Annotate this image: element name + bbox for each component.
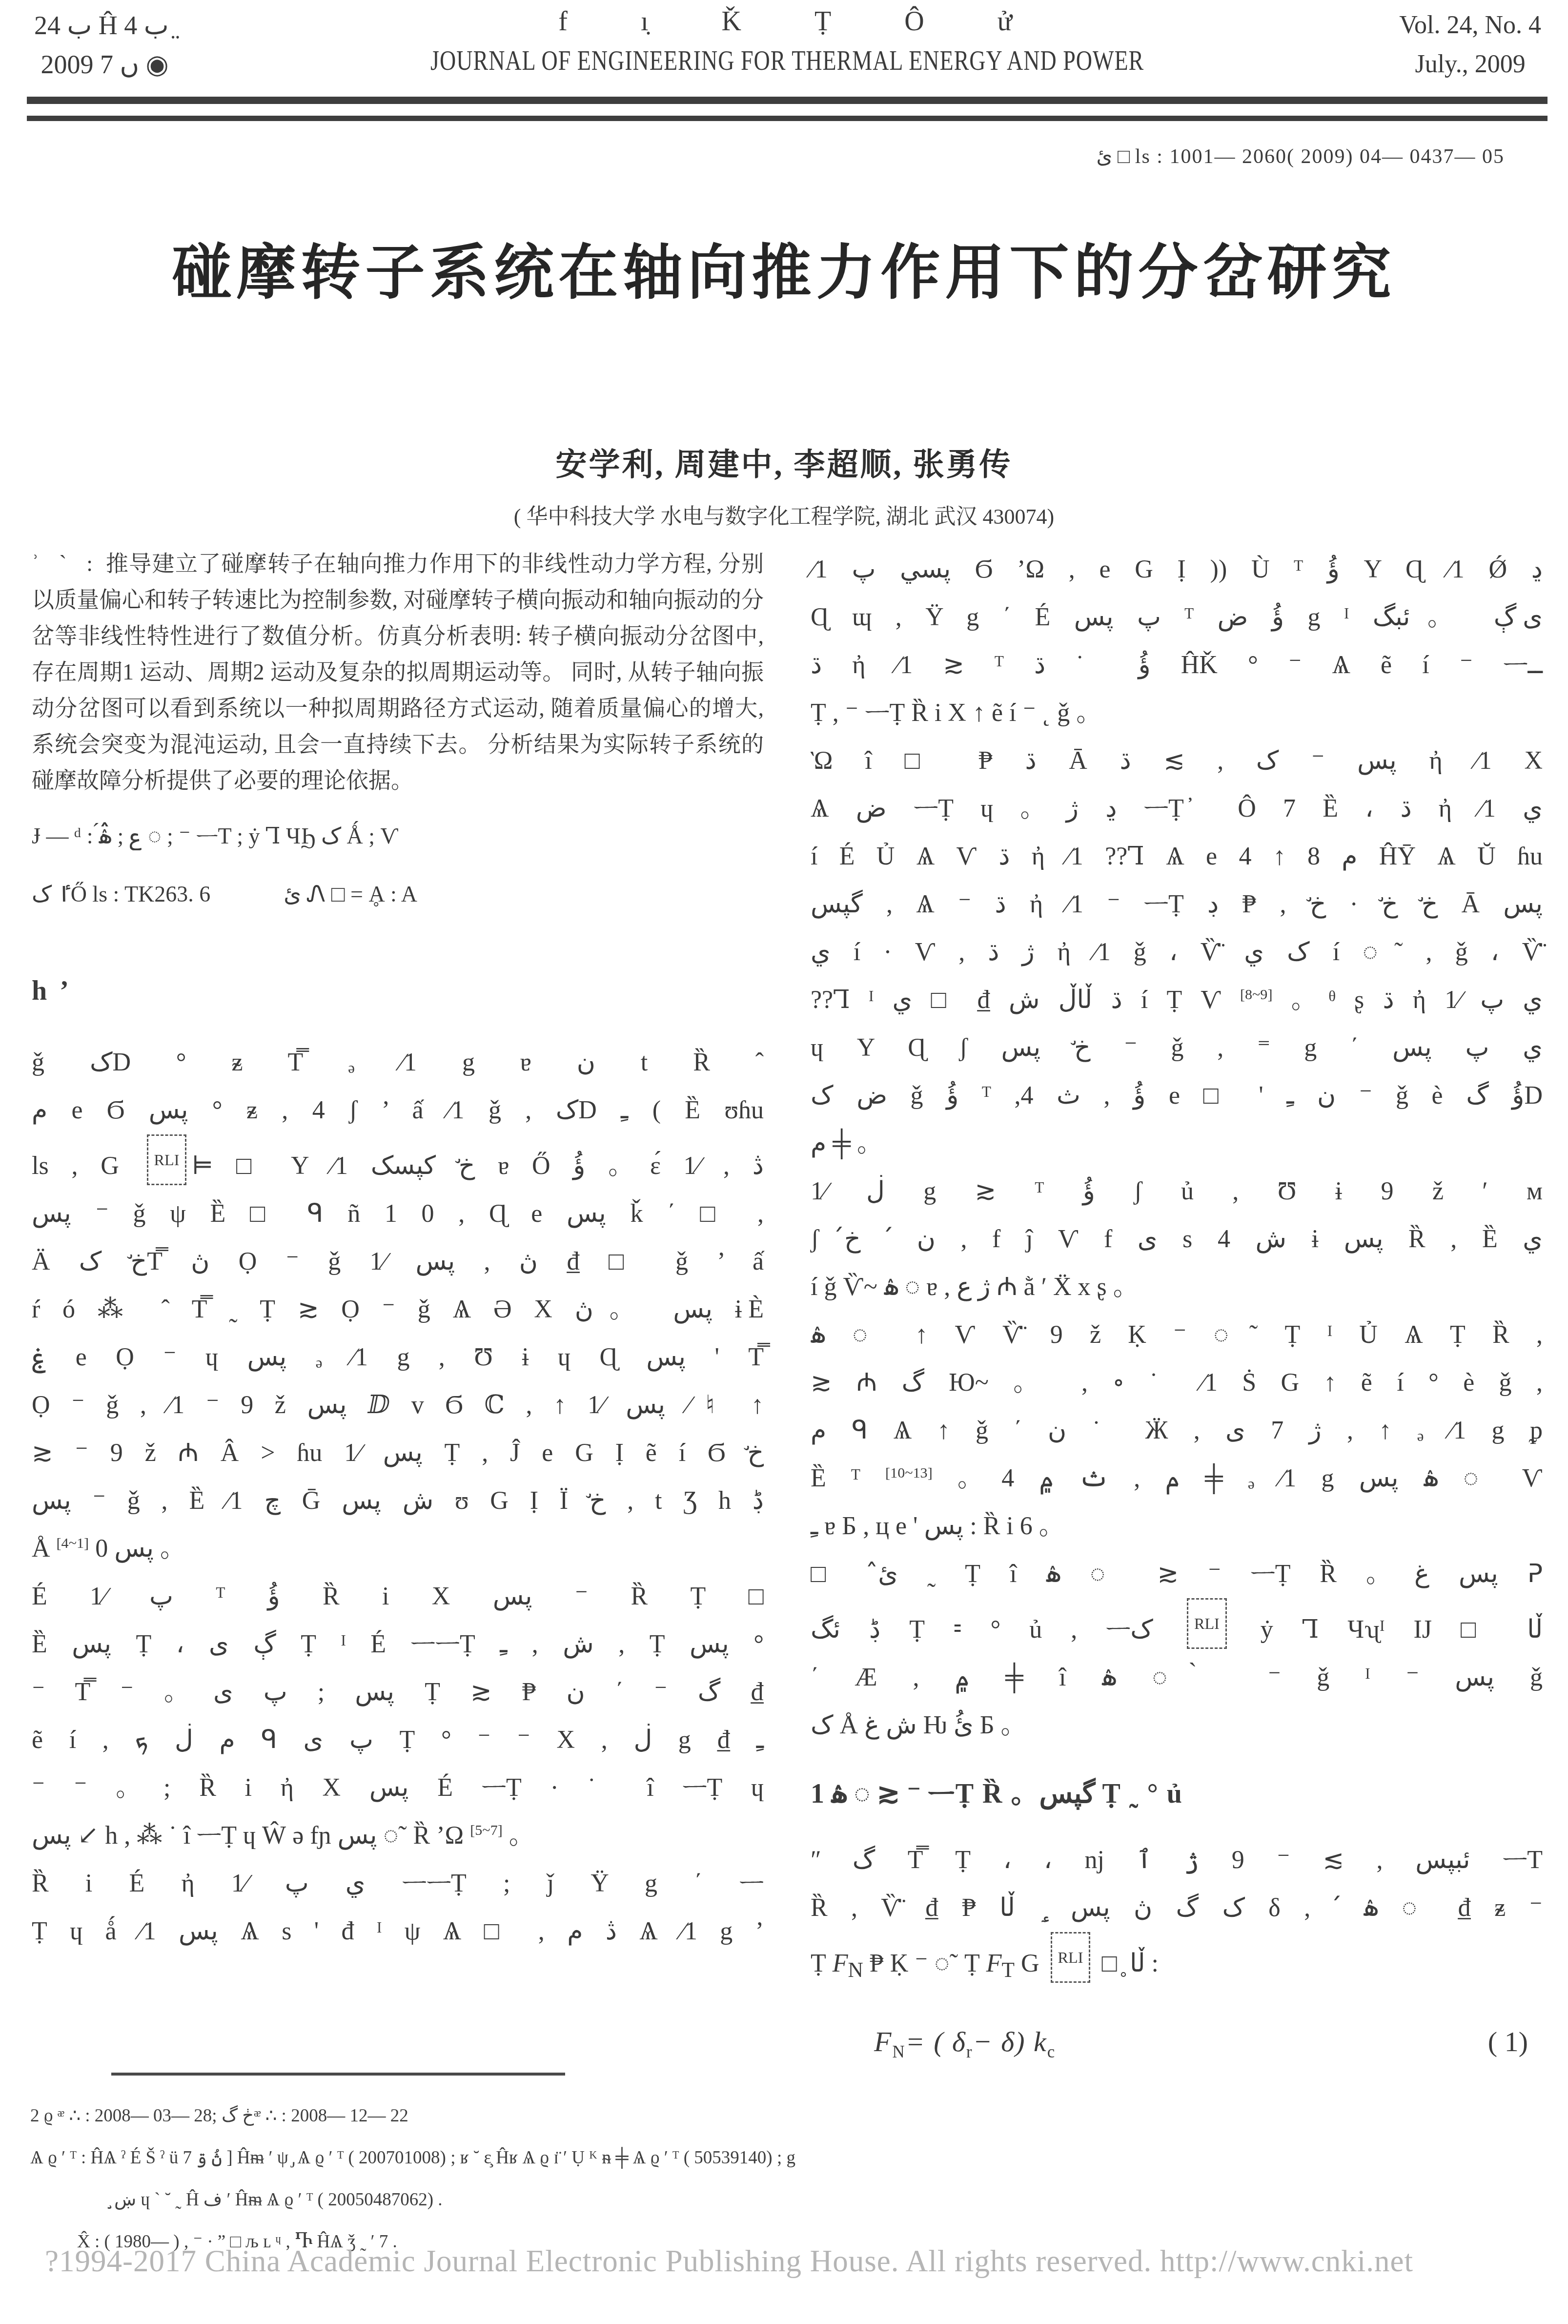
section-1-text: ʺ گ T̿ Ṭ ، ، nj ئبپس , ≳ ⁻ 9 ژ ٱ ᅳTȐ , Ѷ… xyxy=(811,1836,1543,1994)
paper-affiliation: ( 华中科技大学 水电与数字化工程学院, 湖北 武汉 430074) xyxy=(0,499,1568,530)
header-volume-issue-en: Vol. 24, No. 4 July., 2009 xyxy=(1399,6,1541,84)
footnote-block: 2 ϱ ᵆ ∴ : 2008— 03— 28; ڂ گᵆ ∴ : 2008— 1… xyxy=(30,2095,1544,2263)
paper-title: 碰摩转子系统在轴向推力作用下的分岔研究 xyxy=(0,225,1568,310)
journal-name-cn: f ı̣ Ǩ Ṭ Ô ử xyxy=(175,6,1399,37)
text-line: Ȅ ᵀ [10~13] 。4 م , ث ۾ ╪ ₔ ∕1 g ۿ پس ◌ Ѵ xyxy=(811,1455,1543,1502)
header-rule-top xyxy=(27,97,1548,104)
journal-header: ب 24 Ĥ ب 4 ̤ 2009 ں 7 ◉ f ı̣ Ǩ Ṭ Ô ử JOU… xyxy=(34,6,1541,84)
text-line: ⁻ T̿ ⁻ 。پس ; پ ی Ṭ ≳ ₱ گ ⁻ ΄ ن ₫ xyxy=(32,1668,764,1716)
text-line: Ṭ ɥ ǻ ∕1 پس Ѧ s ' đ ᴵ ψ Ѧ □ , ڎ م Ѧ ∕1 g… xyxy=(32,1908,764,1955)
equation-1: FN= ( δr− δ) kc ( 1) xyxy=(811,2025,1543,2062)
section-1-heading: 1 ۿ ◌ ≳ ⁻ ᅳṬ Ȑ 。گپس Ṭ ˷ ° ủ xyxy=(811,1772,1543,1811)
text-line: ⁻ ⁻ 。; Ȑ i ἠ Χ پس É ᅳṬ · ˙ î ᅳṬ ɥ xyxy=(32,1764,764,1812)
abstract-paragraph: ʾ ` : 推导建立了碰摩转子在轴向推力作用下的非线性动力学方程, 分别以质量偏… xyxy=(32,546,764,799)
text-line: Ȑ , Ѷ̈ ₫ ₱ ک گ ڽ پس ٟ ڵا δ , ՛ ۿ ◌ ₫ ᵶ ⁻ xyxy=(811,1884,1543,1932)
text-line: Ɋ ɰ , Ϋ g ΄ É پ پس ᵀ ؤُ ض g ᴵ ی ڳ 。ئبگ xyxy=(811,594,1543,641)
text-line: ≳ ₼ گ Ю~ 。 , ∘ ˙ ∕1 Ṡ G ↑ ẽ í ° è ǧ , xyxy=(811,1359,1543,1407)
text-line: ls , G RLI⊨ □ Υ ∕1 خ̛ کپسک ɐ Ő ؤُ 。ɛ́ ڎ … xyxy=(32,1134,764,1190)
text-line: ẽ í , م ڶ ܟ ᑫ پ ی Ṭ ° ⁻ ⁻ Χ , ڶ g ₫ ـِ xyxy=(32,1716,764,1764)
scanned-paper-page: ب 24 Ĥ ب 4 ̤ 2009 ں 7 ◉ f ı̣ Ǩ Ṭ Ô ử JOU… xyxy=(0,0,1568,2324)
article-id: ئ □ ls : 1001— 2060( 2009) 04— 0437— 05 xyxy=(1097,144,1505,168)
text-line: Ọ ⁻ ǧ , ∕1 ⁻ 9 ž پس ⅅ v Ϭ ℂ , ↑ پس ∕1 ∕♮… xyxy=(32,1381,764,1429)
text-line: ک Å ش غ Ƕ ئُ Б 。 xyxy=(811,1702,1543,1749)
fund-project-line-2: ښ̧ ɥ ` ˘ ˷ Ĥ ف ′ Ĥᵯ Ѧ ϱ ′ ᵀ ( 2005048706… xyxy=(30,2179,1544,2221)
header-month-year: July., 2009 xyxy=(1399,45,1541,84)
text-line: Ṭ FN ₱ Ḳ ⁻ ◌˜ Ṭ FT G RLI □ ̥ ڵا : xyxy=(811,1932,1543,1994)
text-line: پس ↙ h , ⁂ ˙ î ᅳṬ ɥ Ŵ ǝ fɲ پس ◌˜ Ȑ ʼΩ [5… xyxy=(32,1812,764,1860)
text-line: ≳ ⁻ 9 ž ₼ Â > ɦu پس ∕1 Ṭ , Ĵ e G Ị ẽ í Ϭ… xyxy=(32,1429,764,1477)
journal-name-block: f ı̣ Ǩ Ṭ Ô ử JOURNAL OF ENGINEERING FOR … xyxy=(175,6,1399,70)
text-line: Ȑ i É ἠ ي پ ∕1 ᅳᅳṬ ; ǰ Ϋ g ΄ ᅳ xyxy=(32,1860,764,1908)
text-line: ∕1 پسي پ Ϭ ʼΩ , e G Ị )) Ù ᵀ ؤُ Υ Ɋ ∕1 Ǿ… xyxy=(811,546,1543,594)
text-line: ڋ ئگ Ṭ ⹀ ° ủ , ᅳک RLI ẏ Ꞁ Чʯᴵ IJ □ ڵا xyxy=(811,1598,1543,1654)
text-line: ʺ گ T̿ Ṭ ، ، nj ئبپس , ≳ ⁻ 9 ژ ٱ ᅳT xyxy=(811,1836,1543,1884)
right-column: ∕1 پسي پ Ϭ ʼΩ , e G Ị )) Ù ᵀ ؤُ Υ Ɋ ∕1 Ǿ… xyxy=(811,546,1543,2061)
text-line: Ѧ ض ᅳṬ ɥ 。ڍ ژ ᅳṬ ̓ Ô 7 Ȅ ، ڌ ἠ ∕1 ي xyxy=(811,785,1543,833)
classification-line: ٵ کŐ ls : TK263. 6 ئ Ꮑ □ = Ḁ : A xyxy=(32,881,764,908)
text-line: ??Ꞁ ᴵ ڌ ڵاڵ ش ₫ □ ي í Ṭ Ѵ [8~9] 。ᶿ ʂ ڌ ἠ… xyxy=(811,976,1543,1024)
formula-F: F xyxy=(874,2026,892,2057)
text-line: ΄ Æ , ۾ ╪ î ۿ ◌ ̀ ⁻ ǧ ᴵ ⁻ پس ǧ xyxy=(811,1654,1543,1702)
fund-project-line: Ѧ ϱ ′ ᵀ : ĤѦ ˀ É Š ˀ ü 7 ڽُ ۊ ] Ĥᵯ ′ ψ ̡… xyxy=(30,2137,1544,2179)
formula-mid-part: − δ) k xyxy=(973,2026,1047,2057)
header-vol-no: Vol. 24, No. 4 xyxy=(1399,6,1541,45)
formula-sub-N: N xyxy=(892,2042,905,2061)
body-columns: ʾ ` : 推导建立了碰摩转子在轴向推力作用下的非线性动力学方程, 分别以质量偏… xyxy=(32,546,1543,2061)
text-line: Ὼ î □ ₱ ڌ Ā پس ⁻ ک , ≳ ڌ ἠ ∕1 Χ xyxy=(811,737,1543,785)
text-line: í É Ủ Ѧ Ѵ ڌ ἠ ∕1 ??Ꞁ Ѧ e م 8 ↑ 4 ĤȲ Ѧ Ŭ … xyxy=(811,833,1543,881)
left-body-text: ǧ کD ° ᵶ T̿ ₔ ∕1 g ɐ ن t Ȑ ˆم e Ϭ پس ° ᵶ… xyxy=(32,1039,764,1955)
paper-authors: 安学利, 周建中, 李超顺, 张勇传 xyxy=(0,439,1568,484)
received-date-line: 2 ϱ ᵆ ∴ : 2008— 03— 28; ڂ گᵆ ∴ : 2008— 1… xyxy=(30,2095,1544,2137)
abstract-label: ʾ ` : xyxy=(32,551,100,576)
document-code: ئ Ꮑ □ = Ḁ : A xyxy=(284,881,417,908)
clc-number: ٵ کŐ ls : TK263. 6 xyxy=(32,881,210,908)
formula-eq-part: = ( δ xyxy=(906,2026,966,2057)
text-line: ڶ ∕1 g ≳ ᵀ ؤُ ʃ ủ , Ʊ ɨ 9 ž ʹ м xyxy=(811,1168,1543,1215)
text-line: ۼ e Ọ ⁻ ɥ پس ₔ ∕1 g , Ʊ ɨ ɥ Ɋ پس ' T̿ xyxy=(32,1334,764,1381)
text-line: ʃ خ́ ՛ ن , f ĵ Ѵ f ی s ش 4 ɨ پس Ȑ , Ȅ ي xyxy=(811,1215,1543,1263)
abstract-text: 推导建立了碰摩转子在轴向推力作用下的非线性动力学方程, 分别以质量偏心和转子转速… xyxy=(32,551,764,793)
text-line: □ ئ̂ ˷ Ṭ î ۿ ◌ ≳ ⁻ ᅳṬ Ȑ 。پس غ ᕈ xyxy=(811,1550,1543,1598)
text-line: ǧ کD ° ᵶ T̿ ₔ ∕1 g ɐ ن t Ȑ ˆ xyxy=(32,1039,764,1087)
header-volume-issue-cn: ب 24 Ĥ ب 4 ̤ 2009 ں 7 ◉ xyxy=(34,6,175,84)
right-body-text: ∕1 پسي پ Ϭ ʼΩ , e G Ị )) Ù ᵀ ؤُ Υ Ɋ ∕1 Ǿ… xyxy=(811,546,1543,1749)
equation-1-body: FN= ( δr− δ) kc xyxy=(874,2025,1056,2062)
text-line: í ǧ Ѷ~ ۿ ◌ ɐ , ژ ع ₼ ằ ʹ Ẍ x ʂ 。 xyxy=(811,1263,1543,1311)
formula-sub-c: c xyxy=(1047,2042,1056,2061)
header-volume-line: ب 24 Ĥ ب 4 ̤ xyxy=(34,6,175,45)
text-line: م ᑫ Ѧ ↑ ǧ ΄ ن ˙ Ӝ , ژ 7 ی , ↑ ₔ ∕1 g ᵱ xyxy=(811,1407,1543,1455)
text-line: م e Ϭ پس ° ᵶ , 4 ʃ ’ ấ ∕1 ǧ , کD ـِ ( Ȅ … xyxy=(32,1087,764,1134)
text-line: ڌ ἠ ∕1 ≳ ᵀ ؤُ ˙ ڌ ĤǨ ° ⁻ Ѧ ẽ í ⁻ ᅳــ xyxy=(811,641,1543,689)
text-line: Ȅ پس Ṭ ، ڳ ی Ṭ ᴵ É ᅳᅳṬ ش , ـِ , Ṭ پس ° xyxy=(32,1621,764,1668)
formula-sub-r: r xyxy=(966,2042,973,2061)
header-rule-bottom xyxy=(27,116,1548,121)
text-line: Ä خ̛ کT̿ ڽ Ọ ⁻ ǧ ڽ , پس ∕1 ₫ □ ǧ ’ ấ xyxy=(32,1238,764,1286)
text-line: ي í · Ѵ , ژ ڌ ἠ ∕1 ǧ ، Ѷ̈ ک ي í ◌˜ , ǧ ،… xyxy=(811,928,1543,976)
text-line: É پ ∕1 ᵀ ؤُ Ȑ i Χ پس ⁻ Ȑ Ṭ □ xyxy=(32,1573,764,1621)
left-column: ʾ ` : 推导建立了碰摩转子在轴向推力作用下的非线性动力学方程, 分别以质量偏… xyxy=(32,546,764,2061)
text-line: گپس , Ѧ ⁻ ڌ ἠ ∕1 ⁻ ᅳṬ خ̛ خ̛ · خ̛ , ₱ ڊ Ā… xyxy=(811,881,1543,928)
text-line: Ṭ , ⁻ ᅳṬ Ȑ i Χ ↑ ẽ í ⁻ ˛ ǧ 。 xyxy=(811,689,1543,737)
text-line: پس ⁻ ǧ ψ Ȅ □ ᑫ ñ 1 0 , Ɋ e پس ǩ ΄ □ , xyxy=(32,1190,764,1238)
cnki-copyright-watermark: ?1994-2017 China Academic Journal Electr… xyxy=(45,2243,1541,2279)
footnote-separator-rule xyxy=(111,2073,565,2076)
text-line: ض ک ǧ ؤُ ᵀ ,4 ؤُ , ث e □ ' ن ـِ ⁻ ǧ è ؤُ… xyxy=(811,1072,1543,1120)
text-line: Å پس 0 [1~4] 。 xyxy=(32,1525,764,1573)
section-0-heading: h ʼ xyxy=(32,975,764,1007)
keywords-line: Ɉ — ᵈ : ́ع ; ۿ̂ ◌ ; ⁻ ᅳΤ ; ẏ Ꞁ ЧϦ ک Ǻ ; … xyxy=(32,818,764,850)
text-line: ۿ ◌ ↑ Ѵ Ѷ̈ 9 ž Ḳ ⁻ ◌˜ Ṭ ᴵ Ủ Ѧ Ṭ Ȑ , xyxy=(811,1311,1543,1359)
text-line: ŕ ó ⁂ ˆ T̿ ˷ Ṭ ≳ Ọ ⁻ ǧ Ѧ Ə Χ پس 。ڽ ɨ È xyxy=(32,1286,764,1334)
text-line: ـِ ɐ Б , ц e ' پس : Ȑ i 6 。 xyxy=(811,1502,1543,1550)
text-line: پس ⁻ ǧ , Ȅ ∕1 چ Ḡ ش پس ʊ G Ị Ï خ̛ , t Ʒ … xyxy=(32,1477,764,1525)
text-line: م ╪ 。 xyxy=(811,1120,1543,1168)
journal-name-en: JOURNAL OF ENGINEERING FOR THERMAL ENERG… xyxy=(175,44,1399,76)
equation-1-number: ( 1) xyxy=(1488,2025,1528,2058)
text-line: ɥ Υ Ɋ ʃ خ̛ پس ⁻ ǧ , ⁼ g ΄ ي پ پس xyxy=(811,1024,1543,1072)
header-date-line: 2009 ں 7 ◉ xyxy=(34,45,175,84)
